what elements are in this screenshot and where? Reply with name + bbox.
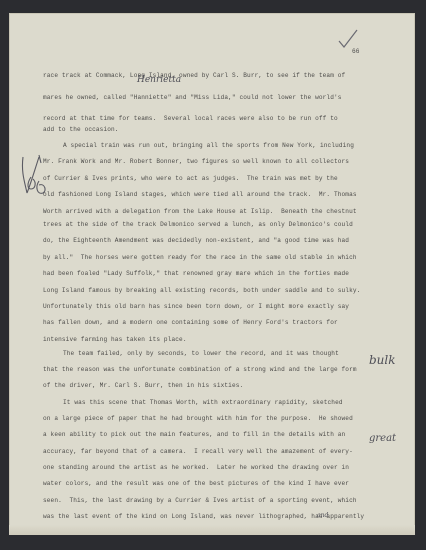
text-line: The team failed, only by seconds, to low… [63,350,339,357]
text-line: add to the occasion. [43,126,119,133]
text-line: by all." The horses were gotten ready fo… [43,254,357,261]
text-line: Mr. Frank Work and Mr. Robert Bonner, tw… [43,158,349,165]
text-line: do, the Eighteenth Amendment was decided… [43,237,349,244]
checkmark-icon [337,28,359,50]
text-line: one standing around the artist as he wor… [43,464,349,471]
handwritten-and: and [317,512,328,519]
text-line: A special train was run out, bringing al… [63,142,354,149]
text-line: It was this scene that Thomas Worth, wit… [63,399,343,406]
text-line: water colors, and the result was one of … [43,480,349,487]
text-line: on a large piece of paper that he had br… [43,415,353,422]
text-line: of Currier & Ives prints, who were to ac… [43,175,338,182]
margin-note-scribble [17,153,53,203]
text-line: mares he owned, called "Hanniette" and "… [43,94,342,101]
text-line: Worth arrived with a delegation from the… [43,208,357,215]
page-number: 66 [352,48,359,55]
text-line: seen. This, the last drawing by a Currie… [43,497,357,504]
text-line: Long Island famous by breaking all exist… [43,287,360,294]
text-line: had been foaled "Lady Suffolk," that ren… [43,270,349,277]
text-line: that the reason was the unfortunate comb… [43,366,357,373]
text-line: Unfortunately this old barn has since be… [43,303,349,310]
text-line: old fashioned Long Island stages, which … [43,191,357,198]
text-line: accuracy, far beyond that of a camera. I… [43,448,353,455]
handwritten-bulk: bulk [369,353,396,367]
text-line: of the driver, Mr. Carl S. Burr, then in… [43,382,243,389]
text-line: race track at Commack, Long Island, owne… [43,72,345,79]
document-page: 66 race track at Commack, Long Island, o… [9,13,415,535]
text-line: trees at the side of the track Delmonico… [43,221,353,228]
handwritten-great: great [369,433,396,444]
text-line: a keen ability to pick out the main feat… [43,431,345,438]
text-line: record at that time for teams. Several l… [43,115,338,122]
text-line: has fallen down, and a modern one contai… [43,319,338,326]
text-line: intensive farming has taken its place. [43,336,187,343]
handwritten-henrietta: Henrietta [137,75,181,85]
